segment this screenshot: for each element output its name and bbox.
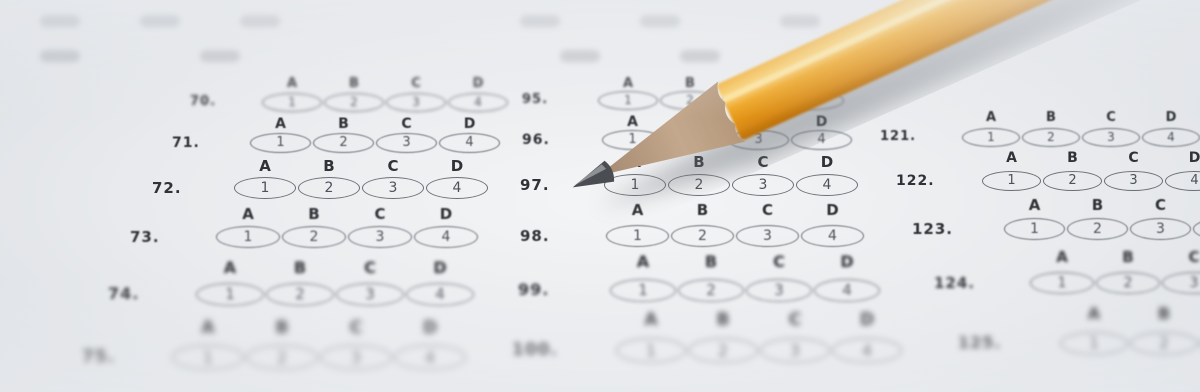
answer-bubble-2[interactable]: 2 (668, 174, 730, 196)
answer-bubble-4[interactable]: 4 (1142, 128, 1200, 147)
answer-bubble-2[interactable]: 2 (266, 283, 334, 306)
answer-bubble-3[interactable]: 3 (1162, 272, 1200, 294)
answer-bubble-2[interactable]: 2 (246, 345, 318, 370)
question-number: 99. (518, 280, 549, 299)
answer-bubble-1[interactable]: 1 (1060, 332, 1128, 355)
answer-letter-b: B (660, 76, 720, 91)
answer-letter-d: D (791, 114, 852, 130)
answer-bubble-3[interactable]: 3 (386, 93, 446, 112)
answer-letter-a: A (604, 153, 666, 171)
answer-bubble-3[interactable]: 3 (376, 133, 437, 153)
answer-bubble-1[interactable]: 1 (234, 177, 296, 199)
answer-bubble-2[interactable]: 2 (688, 338, 758, 363)
answer-bubble-2[interactable]: 2 (1043, 171, 1102, 191)
answer-bubble-2[interactable]: 2 (665, 130, 726, 150)
answer-bubble-2[interactable]: 2 (1130, 332, 1198, 355)
answer-bubble-2[interactable]: 2 (678, 279, 744, 302)
answer-letter-d: D (784, 76, 844, 91)
question-number: 70. (190, 94, 216, 109)
answer-letter-b: B (1130, 304, 1198, 323)
answer-letter-b: B (1022, 110, 1080, 125)
answer-letter-a: A (250, 116, 311, 132)
answer-letter-d: D (796, 153, 858, 171)
answer-letter-b: B (313, 116, 374, 132)
answer-bubble-1[interactable]: 1 (172, 345, 244, 370)
answer-letter-c: C (1162, 248, 1200, 266)
answer-bubble-3[interactable]: 3 (362, 177, 424, 199)
answer-bubble-1[interactable]: 1 (216, 226, 280, 248)
answer-letter-a: A (602, 114, 663, 130)
question-number: 72. (152, 179, 182, 197)
answer-letter-a: A (598, 76, 658, 91)
answer-letter-c: C (362, 157, 424, 175)
answer-letter-d: D (394, 318, 466, 338)
answer-bubble-2[interactable]: 2 (1096, 272, 1160, 294)
question-number: 75. (82, 347, 115, 367)
answer-bubble-1[interactable]: 1 (982, 171, 1041, 191)
answer-letter-a: A (1004, 196, 1065, 214)
answer-bubble-2[interactable]: 2 (1067, 218, 1128, 240)
answer-bubble-4[interactable]: 4 (414, 226, 478, 248)
answer-letter-d: D (801, 201, 864, 219)
answer-letter-c: C (336, 258, 404, 277)
answer-letter-d: D (426, 157, 488, 175)
answer-bubble-4[interactable]: 4 (814, 279, 880, 302)
answer-bubble-4[interactable]: 4 (1193, 218, 1200, 240)
answer-letter-c: C (746, 252, 812, 271)
answer-sheet-photo: 70.ABCD123471.ABCD123472.ABCD123473.ABCD… (0, 0, 1200, 392)
answer-bubble-3[interactable]: 3 (1104, 171, 1163, 191)
answer-letter-b: B (266, 258, 334, 277)
question-number: 122. (896, 173, 935, 189)
answer-letter-c: C (760, 310, 830, 330)
answer-bubble-2[interactable]: 2 (324, 93, 384, 112)
answer-bubble-3[interactable]: 3 (736, 225, 799, 247)
answer-bubble-1[interactable]: 1 (962, 128, 1020, 147)
answer-letter-a: A (616, 310, 686, 330)
answer-bubble-4[interactable]: 4 (801, 225, 864, 247)
question-number: 71. (172, 135, 200, 151)
question-number: 100. (512, 340, 558, 360)
answer-bubble-1[interactable]: 1 (1030, 272, 1094, 294)
question-number: 97. (520, 176, 550, 194)
answer-letter-b: B (298, 157, 360, 175)
answer-bubble-1[interactable]: 1 (262, 93, 322, 112)
answer-letter-a: A (982, 150, 1041, 166)
answer-letter-d: D (406, 258, 474, 277)
answer-bubble-4[interactable]: 4 (832, 338, 902, 363)
answer-bubble-2[interactable]: 2 (660, 91, 720, 110)
answer-bubble-3[interactable]: 3 (760, 338, 830, 363)
answer-letter-a: A (1030, 248, 1094, 266)
question-number: 96. (522, 132, 550, 148)
question-number: 123. (912, 220, 953, 238)
answer-letter-a: A (962, 110, 1020, 125)
answer-letter-c: C (722, 76, 782, 91)
answer-letter-d: D (1165, 150, 1200, 166)
answer-bubble-4[interactable]: 4 (791, 130, 852, 150)
answer-bubble-1[interactable]: 1 (1004, 218, 1065, 240)
answer-letter-a: A (1060, 304, 1128, 323)
question-number: 95. (522, 92, 548, 107)
answer-bubble-1[interactable]: 1 (196, 283, 264, 306)
answer-letter-c: C (376, 116, 437, 132)
answer-letter-d: D (1193, 196, 1200, 214)
answer-letter-c: C (348, 205, 412, 223)
answer-bubble-4[interactable]: 4 (439, 133, 500, 153)
answer-sheet: 70.ABCD123471.ABCD123472.ABCD123473.ABCD… (0, 0, 1200, 392)
question-number: 121. (880, 129, 916, 144)
answer-bubble-2[interactable]: 2 (282, 226, 346, 248)
answer-letter-a: A (234, 157, 296, 175)
answer-letter-b: B (282, 205, 346, 223)
answer-bubble-2[interactable]: 2 (1022, 128, 1080, 147)
answer-bubble-1[interactable]: 1 (616, 338, 686, 363)
answer-letter-c: C (386, 76, 446, 91)
question-number: 98. (520, 227, 550, 245)
question-number: 124. (934, 274, 975, 292)
answer-bubble-4[interactable]: 4 (1165, 171, 1200, 191)
answer-letter-a: A (216, 205, 280, 223)
answer-bubble-1[interactable]: 1 (606, 225, 669, 247)
answer-letter-b: B (665, 114, 726, 130)
answer-letter-b: B (246, 318, 318, 338)
answer-letter-c: C (1082, 110, 1140, 125)
answer-bubble-1[interactable]: 1 (250, 133, 311, 153)
answer-letter-b: B (668, 153, 730, 171)
answer-bubble-3[interactable]: 3 (336, 283, 404, 306)
answer-bubble-4[interactable]: 4 (796, 174, 858, 196)
answer-bubble-1[interactable]: 1 (604, 174, 666, 196)
answer-letter-c: C (732, 153, 794, 171)
answer-bubble-3[interactable]: 3 (722, 91, 782, 110)
answer-letter-b: B (324, 76, 384, 91)
answer-bubble-3[interactable]: 3 (348, 226, 412, 248)
answer-bubble-3[interactable]: 3 (1082, 128, 1140, 147)
answer-letter-a: A (262, 76, 322, 91)
answer-bubble-2[interactable]: 2 (313, 133, 374, 153)
question-number: 74. (108, 284, 139, 303)
answer-letter-d: D (439, 116, 500, 132)
answer-letter-b: B (1043, 150, 1102, 166)
answer-letter-c: C (728, 114, 789, 130)
answer-bubble-3[interactable]: 3 (728, 130, 789, 150)
answer-letter-b: B (688, 310, 758, 330)
answer-letter-b: B (671, 201, 734, 219)
answer-letter-d: D (414, 205, 478, 223)
answer-bubble-1[interactable]: 1 (598, 91, 658, 110)
answer-letter-d: D (448, 76, 508, 91)
question-number: 73. (130, 228, 160, 246)
answer-bubble-2[interactable]: 2 (298, 177, 360, 199)
answer-bubble-1[interactable]: 1 (602, 130, 663, 150)
answer-bubble-3[interactable]: 3 (746, 279, 812, 302)
question-number: 125. (958, 333, 1001, 352)
answer-letter-b: B (1096, 248, 1160, 266)
answer-letter-a: A (196, 258, 264, 277)
answer-letter-d: D (832, 310, 902, 330)
answer-bubble-3[interactable]: 3 (320, 345, 392, 370)
answer-bubble-4[interactable]: 4 (406, 283, 474, 306)
answer-letter-d: D (1142, 110, 1200, 125)
answer-bubble-2[interactable]: 2 (671, 225, 734, 247)
answer-letter-c: C (1130, 196, 1191, 214)
answer-bubble-4[interactable]: 4 (784, 91, 844, 110)
answer-letter-c: C (320, 318, 392, 338)
answer-bubble-3[interactable]: 3 (732, 174, 794, 196)
answer-letter-a: A (610, 252, 676, 271)
answer-letter-b: B (678, 252, 744, 271)
answer-letter-a: A (172, 318, 244, 338)
answer-bubble-1[interactable]: 1 (610, 279, 676, 302)
answer-bubble-4[interactable]: 4 (394, 345, 466, 370)
answer-letter-c: C (1104, 150, 1163, 166)
answer-letter-c: C (736, 201, 799, 219)
answer-bubble-4[interactable]: 4 (448, 93, 508, 112)
answer-letter-d: D (814, 252, 880, 271)
answer-letter-a: A (606, 201, 669, 219)
answer-letter-b: B (1067, 196, 1128, 214)
answer-bubble-3[interactable]: 3 (1130, 218, 1191, 240)
answer-bubble-4[interactable]: 4 (426, 177, 488, 199)
